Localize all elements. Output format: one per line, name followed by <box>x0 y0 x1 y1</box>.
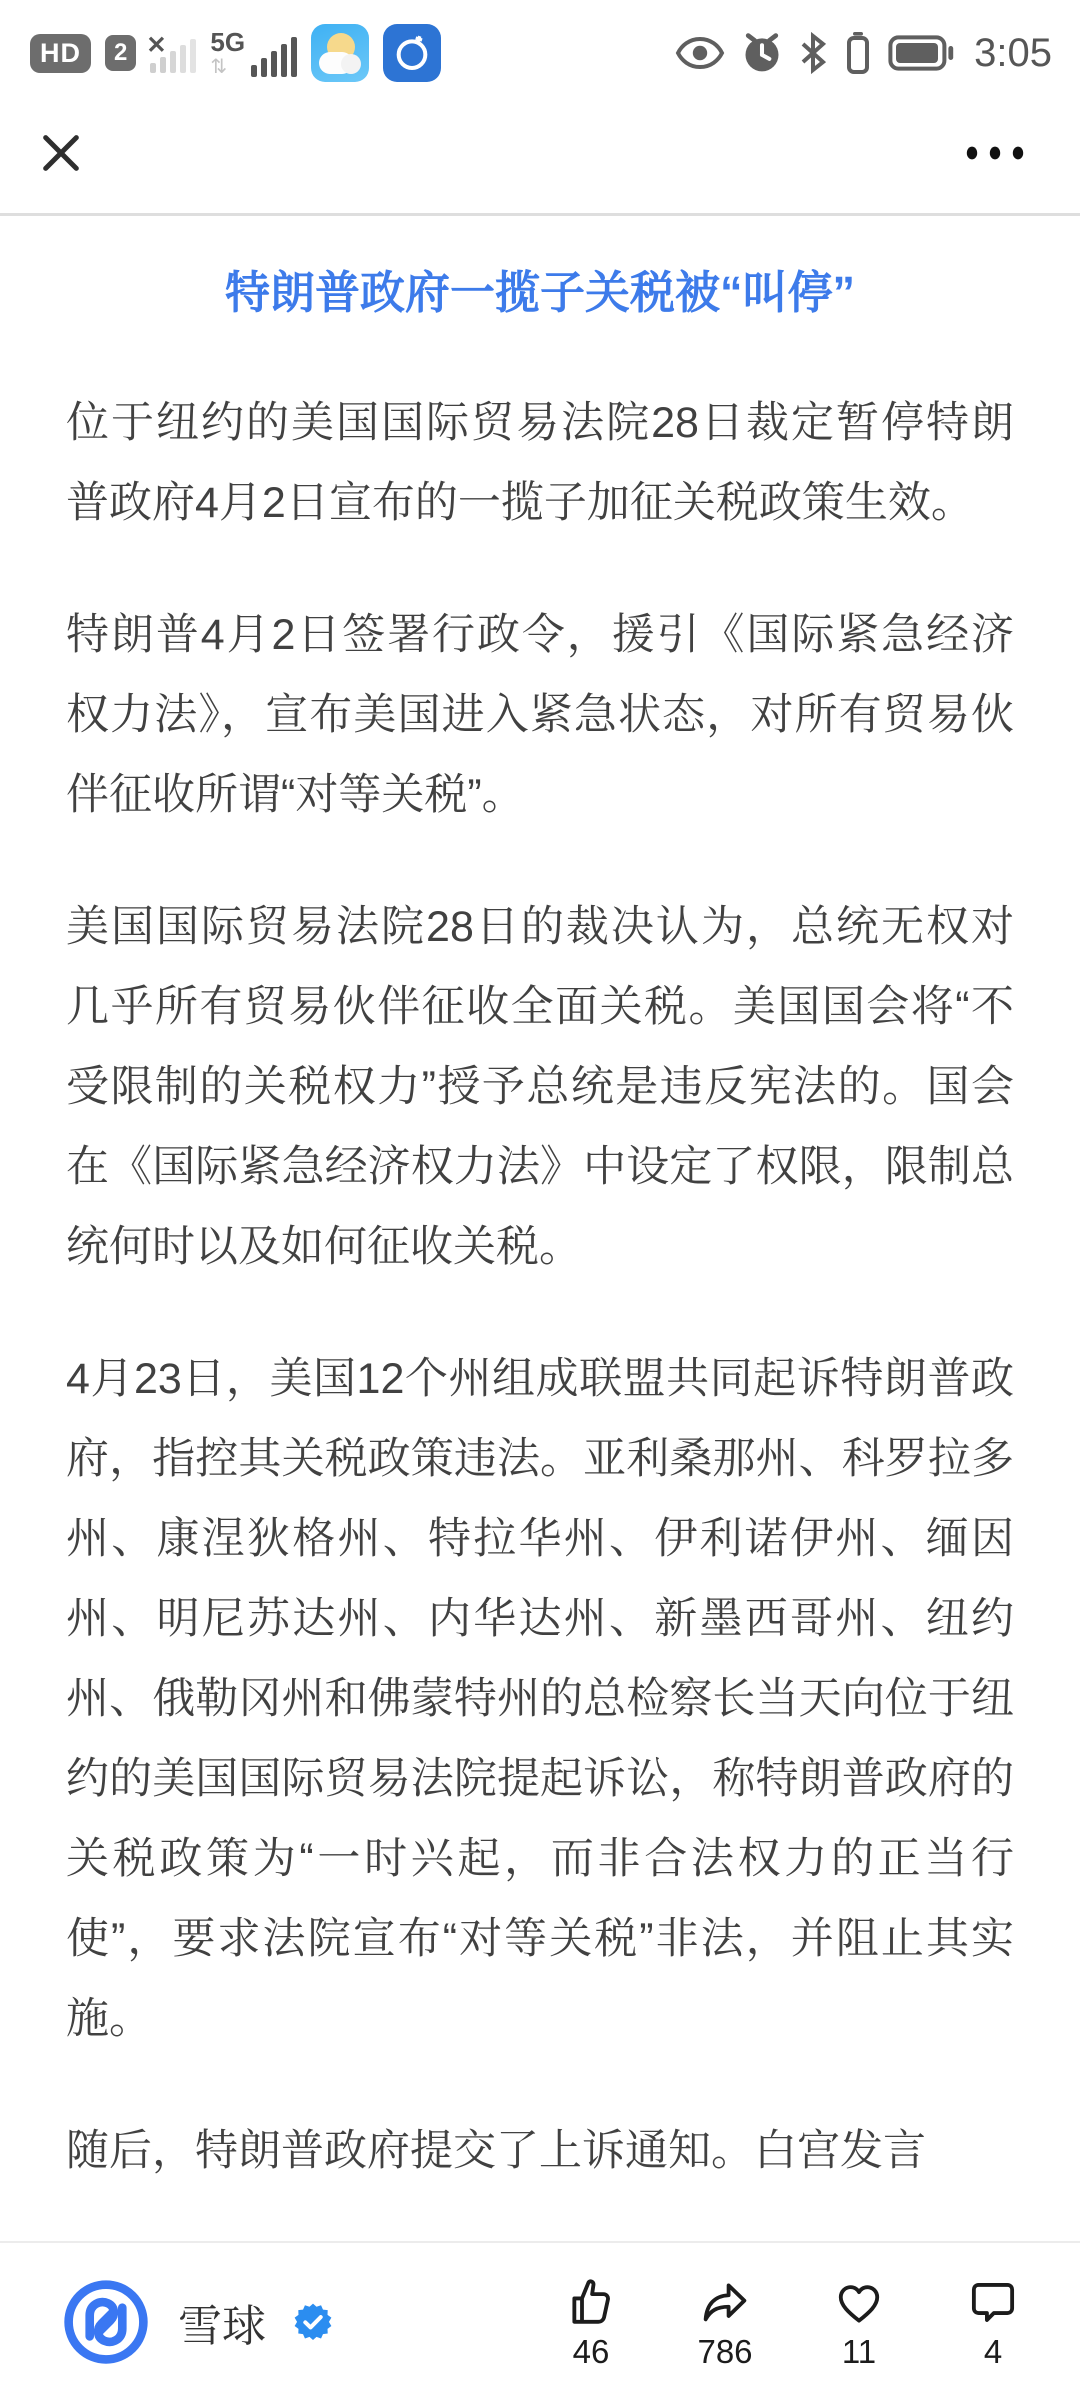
article-paragraph: 位于纽约的美国国际贸易法院28日裁定暂停特朗普政府4月2日宣布的一揽子加征关税政… <box>66 383 1014 543</box>
share-arrow-icon <box>698 2275 752 2329</box>
screen: HD 2 ✕ 5G ⇅ <box>0 0 1080 2400</box>
share-button[interactable]: 786 <box>690 2275 760 2368</box>
more-options-icon[interactable] <box>962 143 1028 163</box>
thumbs-up-icon <box>564 2275 618 2329</box>
comment-bubble-icon <box>966 2275 1020 2329</box>
article-paragraph: 美国国际贸易法院28日的裁决认为，总统无权对几乎所有贸易伙伴征收全面关税。美国国… <box>66 887 1014 1287</box>
5g-label: 5G <box>210 29 245 55</box>
share-count: 786 <box>697 2335 752 2368</box>
favorite-count: 11 <box>842 2335 876 2368</box>
battery-icon <box>888 35 954 71</box>
status-bar-left: HD 2 ✕ 5G ⇅ <box>30 24 441 82</box>
weather-app-icon <box>311 24 369 82</box>
device-battery-icon <box>842 30 874 76</box>
close-icon[interactable] <box>38 130 84 176</box>
article-header <box>0 92 1080 216</box>
status-bar-right: 3:05 <box>674 30 1052 76</box>
comment-count: 4 <box>984 2335 1002 2368</box>
no-signal-x-icon: ✕ <box>146 31 166 60</box>
5g-signal-icon: 5G ⇅ <box>210 29 297 77</box>
article-content[interactable]: 特朗普政府一揽子关税被“叫停” 位于纽约的美国国际贸易法院28日裁定暂停特朗普政… <box>0 219 1080 2241</box>
favorite-button[interactable]: 11 <box>824 2275 894 2368</box>
comment-button[interactable]: 4 <box>958 2275 1028 2368</box>
eye-icon <box>674 33 726 73</box>
secondary-network-icon: ⇅ <box>210 57 227 77</box>
hd-badge-icon: HD <box>30 34 91 73</box>
status-bar: HD 2 ✕ 5G ⇅ <box>0 0 1080 92</box>
bluetooth-icon <box>798 31 828 75</box>
lock-app-icon <box>383 24 441 82</box>
article-title: 特朗普政府一揽子关税被“叫停” <box>66 259 1014 327</box>
article-paragraph: 随后，特朗普政府提交了上诉通知。白宫发言 <box>66 2111 1014 2191</box>
action-buttons: 46 786 11 4 <box>556 2275 1028 2368</box>
like-count: 46 <box>573 2335 610 2368</box>
bottom-action-bar: 雪球 46 786 11 <box>0 2241 1080 2400</box>
article-paragraph: 4月23日，美国12个州组成联盟共同起诉特朗普政府，指控其关税政策违法。亚利桑那… <box>66 1339 1014 2059</box>
heart-icon <box>832 2275 886 2329</box>
xueqiu-logo <box>60 2276 152 2368</box>
sim2-badge-icon: 2 <box>105 35 136 71</box>
like-button[interactable]: 46 <box>556 2275 626 2368</box>
source-info[interactable]: 雪球 <box>60 2276 334 2368</box>
source-name: 雪球 <box>178 2290 266 2354</box>
article-paragraph: 特朗普4月2日签署行政令，援引《国际紧急经济权力法》，宣布美国进入紧急状态，对所… <box>66 595 1014 835</box>
clock-time: 3:05 <box>974 31 1052 76</box>
sim1-no-signal-icon: ✕ <box>150 33 196 73</box>
verified-badge-icon <box>292 2301 334 2343</box>
alarm-icon <box>740 31 784 75</box>
